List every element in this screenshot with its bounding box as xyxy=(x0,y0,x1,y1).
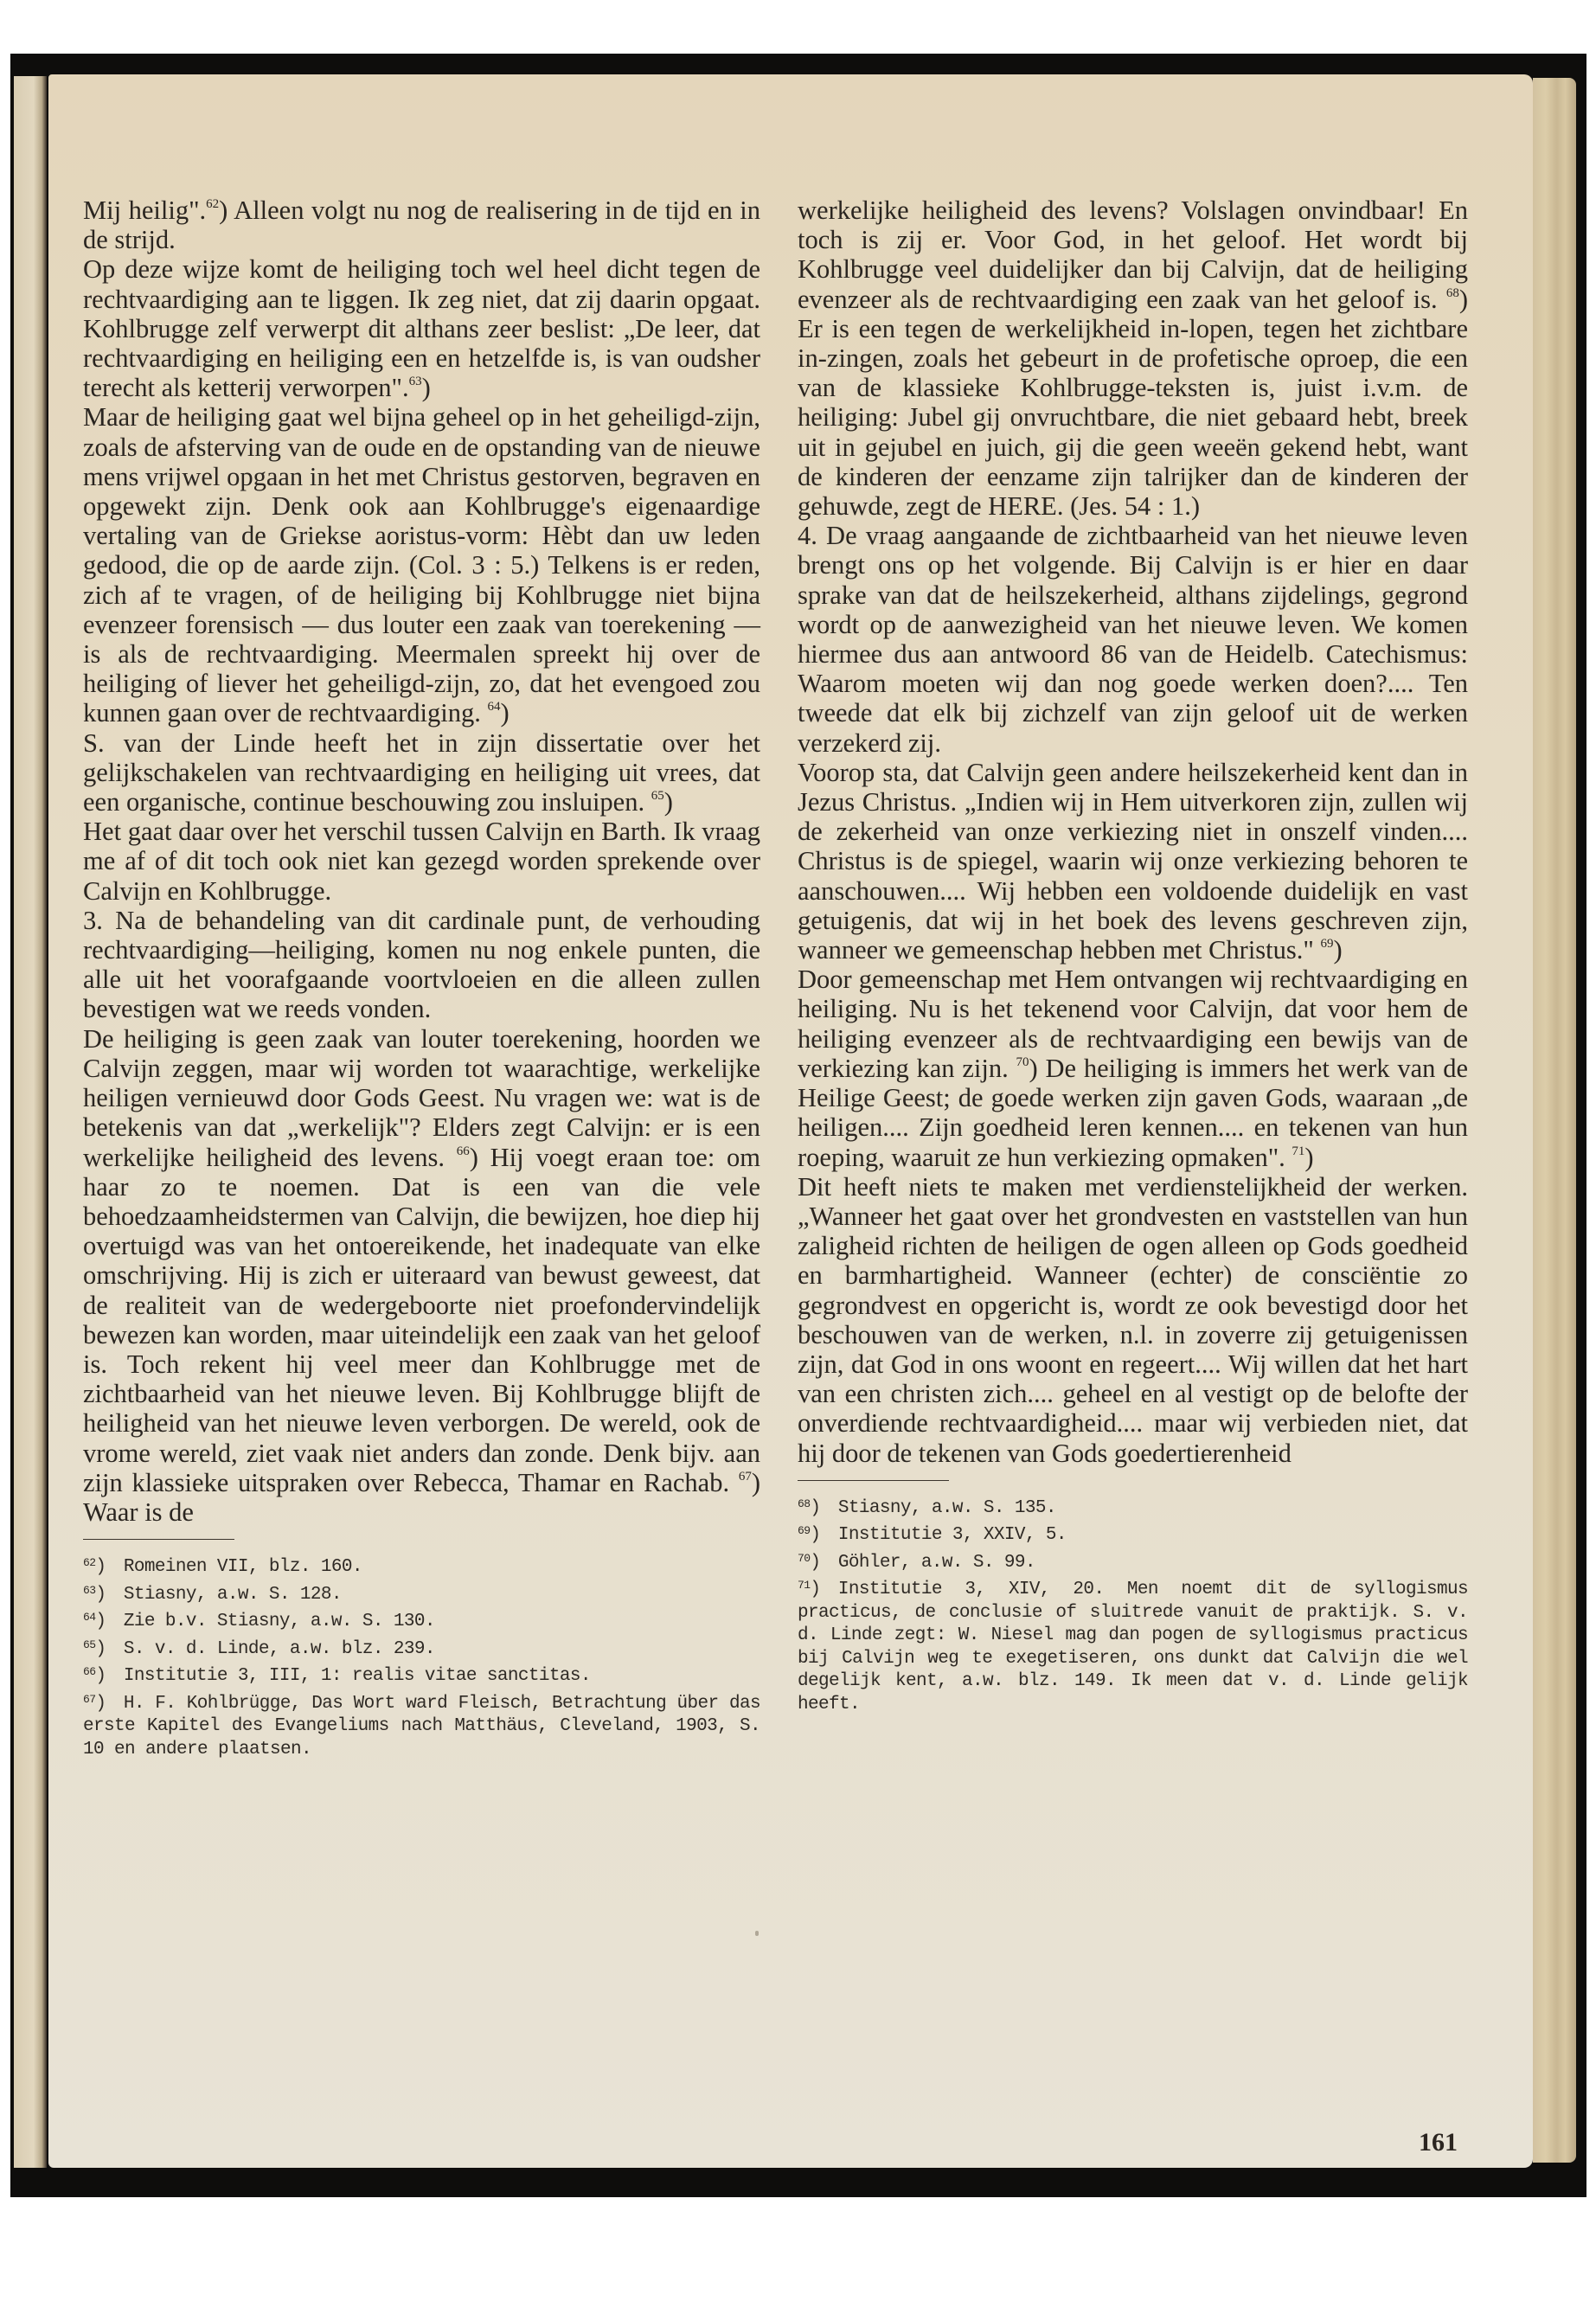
paragraph: Voorop sta, dat Calvijn geen andere heil… xyxy=(798,758,1468,965)
left-footnotes: 62) Romeinen VII, blz. 160.63) Stiasny, … xyxy=(83,1552,760,1761)
text-run: ) xyxy=(1304,1143,1313,1172)
text-run: ) Hij voegt eraan toe: om haar zo te noe… xyxy=(83,1143,760,1497)
text-run: werkelijke heiligheid des levens? Volsla… xyxy=(798,195,1468,314)
footnote: 63) Stiasny, a.w. S. 128. xyxy=(83,1580,760,1607)
text-run: ) Er is een tegen de werkelijkheid in-lo… xyxy=(798,285,1468,521)
paragraph: 3. Na de behandeling van dit cardinale p… xyxy=(83,906,760,1024)
footnote-text: Göhler, a.w. S. 99. xyxy=(838,1553,1035,1573)
paragraph: Door gemeenschap met Hem ontvangen wij r… xyxy=(798,965,1468,1171)
footnote-divider xyxy=(798,1480,949,1481)
footnote-reference[interactable]: 68 xyxy=(1446,286,1459,300)
footnote: 66) Institutie 3, III, 1: realis vitae s… xyxy=(83,1661,760,1689)
footnote-number: 64) xyxy=(83,1612,124,1631)
paragraph: De heiliging is geen zaak van louter toe… xyxy=(83,1024,760,1527)
footnote-number: 65) xyxy=(83,1639,124,1659)
footnote-number: 71) xyxy=(798,1580,838,1599)
text-run: ) xyxy=(1333,935,1342,965)
footnote-reference[interactable]: 64 xyxy=(487,700,500,714)
text-run: ) xyxy=(500,698,509,727)
footnote-reference[interactable]: 62 xyxy=(206,197,219,211)
footnote: 70) Göhler, a.w. S. 99. xyxy=(798,1548,1468,1575)
text-run: Het gaat daar over het verschil tussen C… xyxy=(83,817,760,905)
paragraph: 4. De vraag aangaande de zichtbaarheid v… xyxy=(798,521,1468,758)
footnote-text: S. v. d. Linde, a.w. blz. 239. xyxy=(124,1639,435,1659)
text-run: Dit heeft niets te maken met verdienstel… xyxy=(798,1172,1468,1468)
right-footnotes: 68) Stiasny, a.w. S. 135.69) Institutie … xyxy=(798,1493,1468,1717)
paragraph: Het gaat daar over het verschil tussen C… xyxy=(83,817,760,906)
footnote-text: Stiasny, a.w. S. 135. xyxy=(838,1498,1056,1518)
paragraph: Maar de heiliging gaat wel bijna geheel … xyxy=(83,402,760,727)
footnote-reference[interactable]: 65 xyxy=(651,789,664,803)
right-body-text: werkelijke heiligheid des levens? Volsla… xyxy=(798,195,1468,1468)
footnote: 62) Romeinen VII, blz. 160. xyxy=(83,1552,760,1580)
footnote-reference[interactable]: 67 xyxy=(739,1470,752,1484)
footnote: 71) Institutie 3, XIV, 20. Men noemt dit… xyxy=(798,1574,1468,1716)
footnote-number: 68) xyxy=(798,1498,838,1518)
footnote-number: 67) xyxy=(83,1694,124,1714)
footnote-text: Romeinen VII, blz. 160. xyxy=(124,1557,362,1577)
facing-page-edge xyxy=(14,76,47,2168)
page-stack-edge xyxy=(1533,78,1576,2163)
paragraph: S. van der Linde heeft het in zijn disse… xyxy=(83,728,760,817)
paragraph: Op deze wijze komt de heiliging toch wel… xyxy=(83,254,760,402)
footnote-text: Institutie 3, III, 1: realis vitae sanct… xyxy=(124,1666,591,1686)
text-run: ) xyxy=(664,787,673,817)
footnote-number: 70) xyxy=(798,1553,838,1573)
footnote-number: 66) xyxy=(83,1666,124,1686)
paper-speck xyxy=(755,1931,759,1936)
footnote-text: Institutie 3, XIV, 20. Men noemt dit de … xyxy=(798,1580,1468,1715)
footnote: 64) Zie b.v. Stiasny, a.w. S. 130. xyxy=(83,1606,760,1634)
text-run: Mij heilig". xyxy=(83,195,206,225)
footnote-number: 62) xyxy=(83,1557,124,1577)
footnote: 69) Institutie 3, XXIV, 5. xyxy=(798,1520,1468,1548)
right-column: werkelijke heiligheid des levens? Volsla… xyxy=(798,195,1468,1716)
text-run: ) xyxy=(422,373,431,402)
footnote: 65) S. v. d. Linde, a.w. blz. 239. xyxy=(83,1634,760,1662)
text-run: 3. Na de behandeling van dit cardinale p… xyxy=(83,906,760,1024)
footnote-number: 69) xyxy=(798,1525,838,1545)
text-run: S. van der Linde heeft het in zijn disse… xyxy=(83,728,760,817)
footnote-reference[interactable]: 71 xyxy=(1292,1144,1304,1158)
left-body-text: Mij heilig".62) Alleen volgt nu nog de r… xyxy=(83,195,760,1527)
text-run: 4. De vraag aangaande de zichtbaarheid v… xyxy=(798,521,1468,757)
footnote-reference[interactable]: 63 xyxy=(409,375,422,388)
footnote-number: 63) xyxy=(83,1585,124,1605)
footnote: 67) H. F. Kohlbrügge, Das Wort ward Flei… xyxy=(83,1689,760,1762)
footnote-reference[interactable]: 66 xyxy=(457,1144,470,1158)
page-number: 161 xyxy=(1419,2128,1458,2157)
text-run: Voorop sta, dat Calvijn geen andere heil… xyxy=(798,758,1468,965)
footnote-text: Stiasny, a.w. S. 128. xyxy=(124,1585,342,1605)
paragraph: werkelijke heiligheid des levens? Volsla… xyxy=(798,195,1468,521)
footnote-text: Institutie 3, XXIV, 5. xyxy=(838,1525,1067,1545)
paragraph: Mij heilig".62) Alleen volgt nu nog de r… xyxy=(83,195,760,254)
footnote-divider xyxy=(83,1539,234,1540)
paragraph: Dit heeft niets te maken met verdienstel… xyxy=(798,1172,1468,1468)
text-run: Maar de heiliging gaat wel bijna geheel … xyxy=(83,402,760,727)
footnote-reference[interactable]: 69 xyxy=(1320,937,1333,951)
footnote: 68) Stiasny, a.w. S. 135. xyxy=(798,1493,1468,1521)
left-column: Mij heilig".62) Alleen volgt nu nog de r… xyxy=(83,195,760,1761)
footnote-text: H. F. Kohlbrügge, Das Wort ward Fleisch,… xyxy=(83,1694,760,1759)
footnote-reference[interactable]: 70 xyxy=(1016,1055,1029,1069)
footnote-text: Zie b.v. Stiasny, a.w. S. 130. xyxy=(124,1612,435,1631)
